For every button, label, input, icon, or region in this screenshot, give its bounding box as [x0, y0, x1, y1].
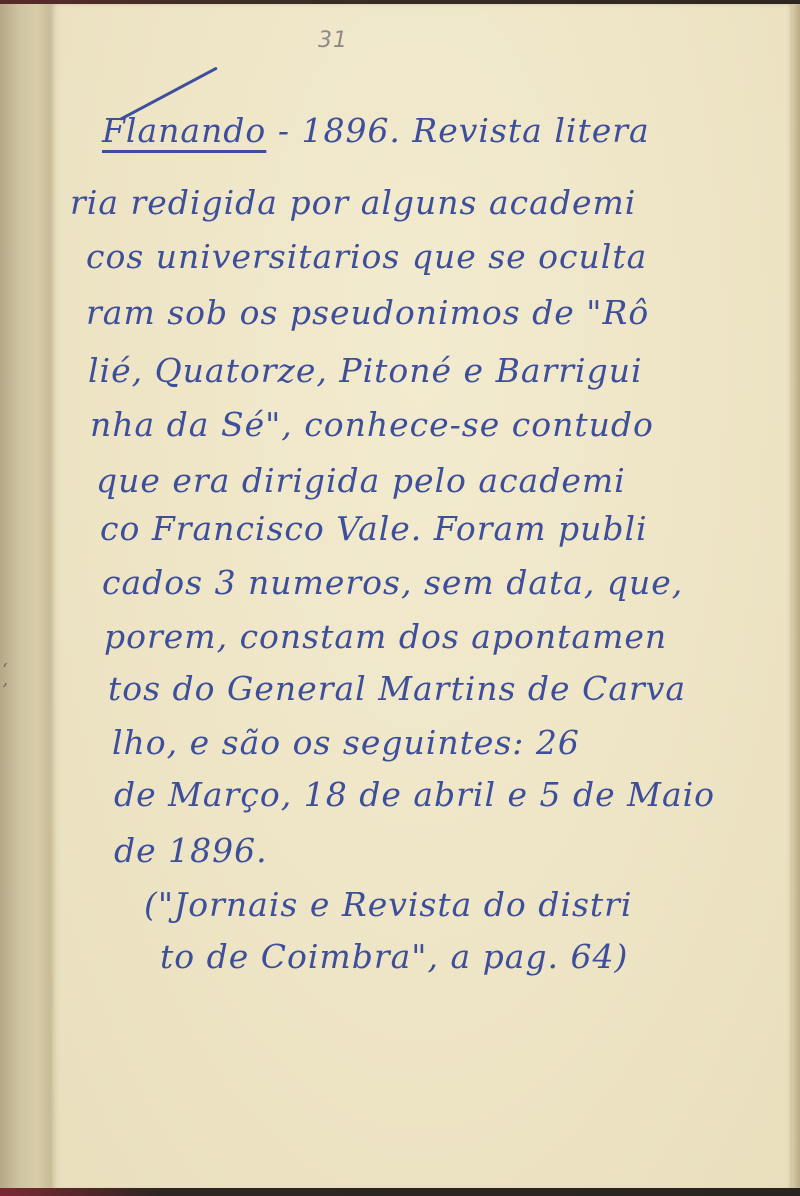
- line-5: lié, Quatorze, Pitoné e Barrigui: [88, 354, 643, 387]
- line-1: Flanando - 1896. Revista litera: [102, 114, 650, 147]
- line-15-citation: ("Jornais e Revista do distri: [144, 888, 632, 921]
- binding-mark: ‘: [2, 660, 8, 681]
- line-13: de Março, 18 de abril e 5 de Maio: [114, 778, 715, 811]
- entry-title: Flanando: [102, 111, 266, 150]
- page-right-edge: [792, 4, 800, 1190]
- line-2: ria redigida por alguns academi: [70, 186, 636, 219]
- binding-mark: ’: [2, 680, 8, 701]
- line-12: lho, e são os seguintes: 26: [112, 726, 580, 759]
- book-binding-gutter: ‘ ’: [0, 4, 50, 1190]
- line-7: que era dirigida pelo academi: [96, 464, 626, 497]
- line-16-citation: to de Coimbra", a pag. 64): [160, 940, 628, 973]
- line-11: tos do General Martins de Carva: [108, 672, 686, 705]
- folio-number: 31: [318, 28, 348, 53]
- line-10: porem, constam dos apontamen: [104, 620, 667, 653]
- manuscript-page: 31 Flanando - 1896. Revista litera ria r…: [50, 4, 792, 1190]
- line-1-rest: - 1896. Revista litera: [278, 111, 650, 150]
- book-bottom-edge: [0, 1188, 800, 1196]
- line-8: co Francisco Vale. Foram publi: [100, 512, 648, 545]
- line-6: nha da Sé", conhece-se contudo: [90, 408, 654, 441]
- line-9: cados 3 numeros, sem data, que,: [102, 566, 683, 599]
- line-3: cos universitarios que se oculta: [86, 240, 647, 273]
- line-4: ram sob os pseudonimos de "Rô: [86, 296, 649, 329]
- line-14: de 1896.: [114, 834, 268, 867]
